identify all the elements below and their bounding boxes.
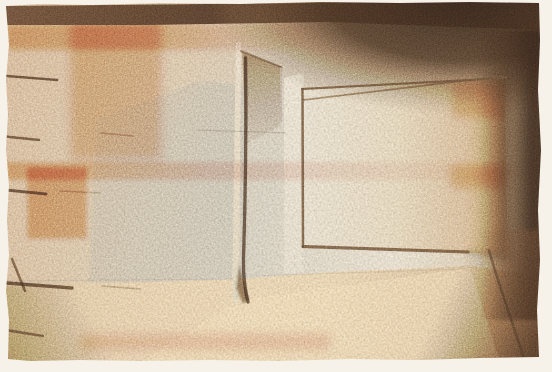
art-print-photo (0, 0, 552, 372)
grain-texture (0, 0, 552, 372)
room-print (0, 0, 552, 372)
